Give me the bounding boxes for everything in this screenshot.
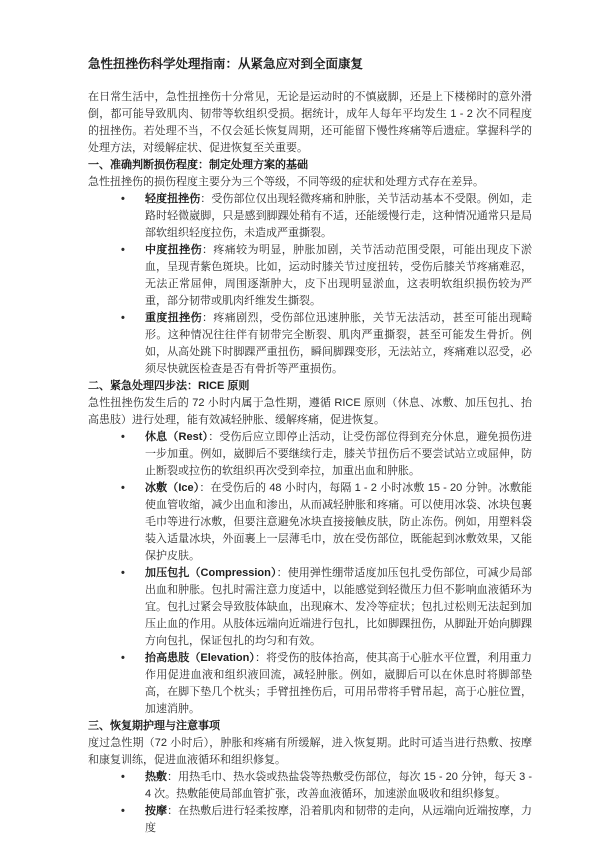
list-item: 重度扭挫伤：疼痛剧烈，受伤部位迅速肿胀，关节无法活动，甚至可能出现畸形。这种情况… xyxy=(88,310,532,378)
list-item: 休息（Rest）：受伤后应立即停止活动，让受伤部位得到充分休息，避免损伤进一步加… xyxy=(88,429,532,480)
list-item: 加压包扎（Compression）：使用弹性绷带适度加压包扎受伤部位，可减少局部… xyxy=(88,565,532,650)
bullet-term: 抬高患肢（Elevation） xyxy=(145,652,255,664)
bullet-term: 按摩 xyxy=(145,805,167,817)
bullet-text: ：用热毛巾、热水袋或热盐袋等热敷受伤部位，每次 15 - 20 分钟，每天 3 … xyxy=(145,771,532,800)
intro-paragraph: 在日常生活中，急性扭挫伤十分常见，无论是运动时的不慎崴脚，还是上下楼梯时的意外滑… xyxy=(88,89,532,157)
bullet-term: 热敷 xyxy=(145,771,167,783)
bullet-term: 轻度扭挫伤 xyxy=(145,193,200,205)
list-item: 轻度扭挫伤：受伤部位仅出现轻微疼痛和肿胀，关节活动基本不受限。例如，走路时轻微崴… xyxy=(88,191,532,242)
section-lead-rice-principle: 急性扭挫伤发生后的 72 小时内属于急性期，遵循 RICE 原则（休息、冰敷、加… xyxy=(88,395,532,429)
bullet-list-rice-principle: 休息（Rest）：受伤后应立即停止活动，让受伤部位得到充分休息，避免损伤进一步加… xyxy=(88,429,532,718)
bullet-list-damage-levels: 轻度扭挫伤：受伤部位仅出现轻微疼痛和肿胀，关节活动基本不受限。例如，走路时轻微崴… xyxy=(88,191,532,378)
section-heading-recovery-care: 三、恢复期护理与注意事项 xyxy=(88,718,532,735)
section-lead-recovery-care: 度过急性期（72 小时后），肿胀和疼痛有所缓解，进入恢复期。此时可适当进行热敷、… xyxy=(88,735,532,769)
section-heading-rice-principle: 二、紧急处理四步法：RICE 原则 xyxy=(88,378,532,395)
section-lead-damage-levels: 急性扭挫伤的损伤程度主要分为三个等级，不同等级的症状和处理方式存在差异。 xyxy=(88,174,532,191)
list-item: 中度扭挫伤：疼痛较为明显，肿胀加剧，关节活动范围受限，可能出现皮下淤血，呈现青紫… xyxy=(88,242,532,310)
list-item: 抬高患肢（Elevation）：将受伤的肢体抬高，使其高于心脏水平位置，利用重力… xyxy=(88,650,532,718)
bullet-term: 重度扭挫伤 xyxy=(145,312,202,324)
bullet-text: ：使用弹性绷带适度加压包扎受伤部位，可减少局部出血和肿胀。包扎时需注意力度适中，… xyxy=(145,567,532,647)
list-item: 冰敷（Ice）：在受伤后的 48 小时内，每隔 1 - 2 小时冰敷 15 - … xyxy=(88,480,532,565)
document-title: 急性扭挫伤科学处理指南：从紧急应对到全面康复 xyxy=(88,55,532,73)
bullet-text: ：在热敷后进行轻柔按摩，沿着肌肉和韧带的走向，从远端向近端按摩，力度 xyxy=(145,805,532,834)
section-heading-damage-levels: 一、准确判断损伤程度：制定处理方案的基础 xyxy=(88,157,532,174)
list-item: 按摩：在热敷后进行轻柔按摩，沿着肌肉和韧带的走向，从远端向近端按摩，力度 xyxy=(88,803,532,837)
bullet-text: ：疼痛剧烈，受伤部位迅速肿胀，关节无法活动，甚至可能出现畸形。这种情况往往伴有韧… xyxy=(145,312,532,375)
bullet-term: 休息（Rest） xyxy=(145,431,208,443)
document-page: 急性扭挫伤科学处理指南：从紧急应对到全面康复 在日常生活中，急性扭挫伤十分常见，… xyxy=(0,0,595,841)
bullet-text: ：在受伤后的 48 小时内，每隔 1 - 2 小时冰敷 15 - 20 分钟。冰… xyxy=(145,482,532,562)
bullet-text: ：疼痛较为明显，肿胀加剧，关节活动范围受限，可能出现皮下淤血，呈现青紫色斑块。比… xyxy=(145,244,532,307)
bullet-term: 中度扭挫伤 xyxy=(145,244,202,256)
bullet-term: 加压包扎（Compression） xyxy=(145,567,277,579)
bullet-text: ：受伤部位仅出现轻微疼痛和肿胀，关节活动基本不受限。例如，走路时轻微崴脚，只是感… xyxy=(145,193,532,239)
list-item: 热敷：用热毛巾、热水袋或热盐袋等热敷受伤部位，每次 15 - 20 分钟，每天 … xyxy=(88,769,532,803)
bullet-list-recovery-care: 热敷：用热毛巾、热水袋或热盐袋等热敷受伤部位，每次 15 - 20 分钟，每天 … xyxy=(88,769,532,837)
bullet-term: 冰敷（Ice） xyxy=(145,482,199,494)
